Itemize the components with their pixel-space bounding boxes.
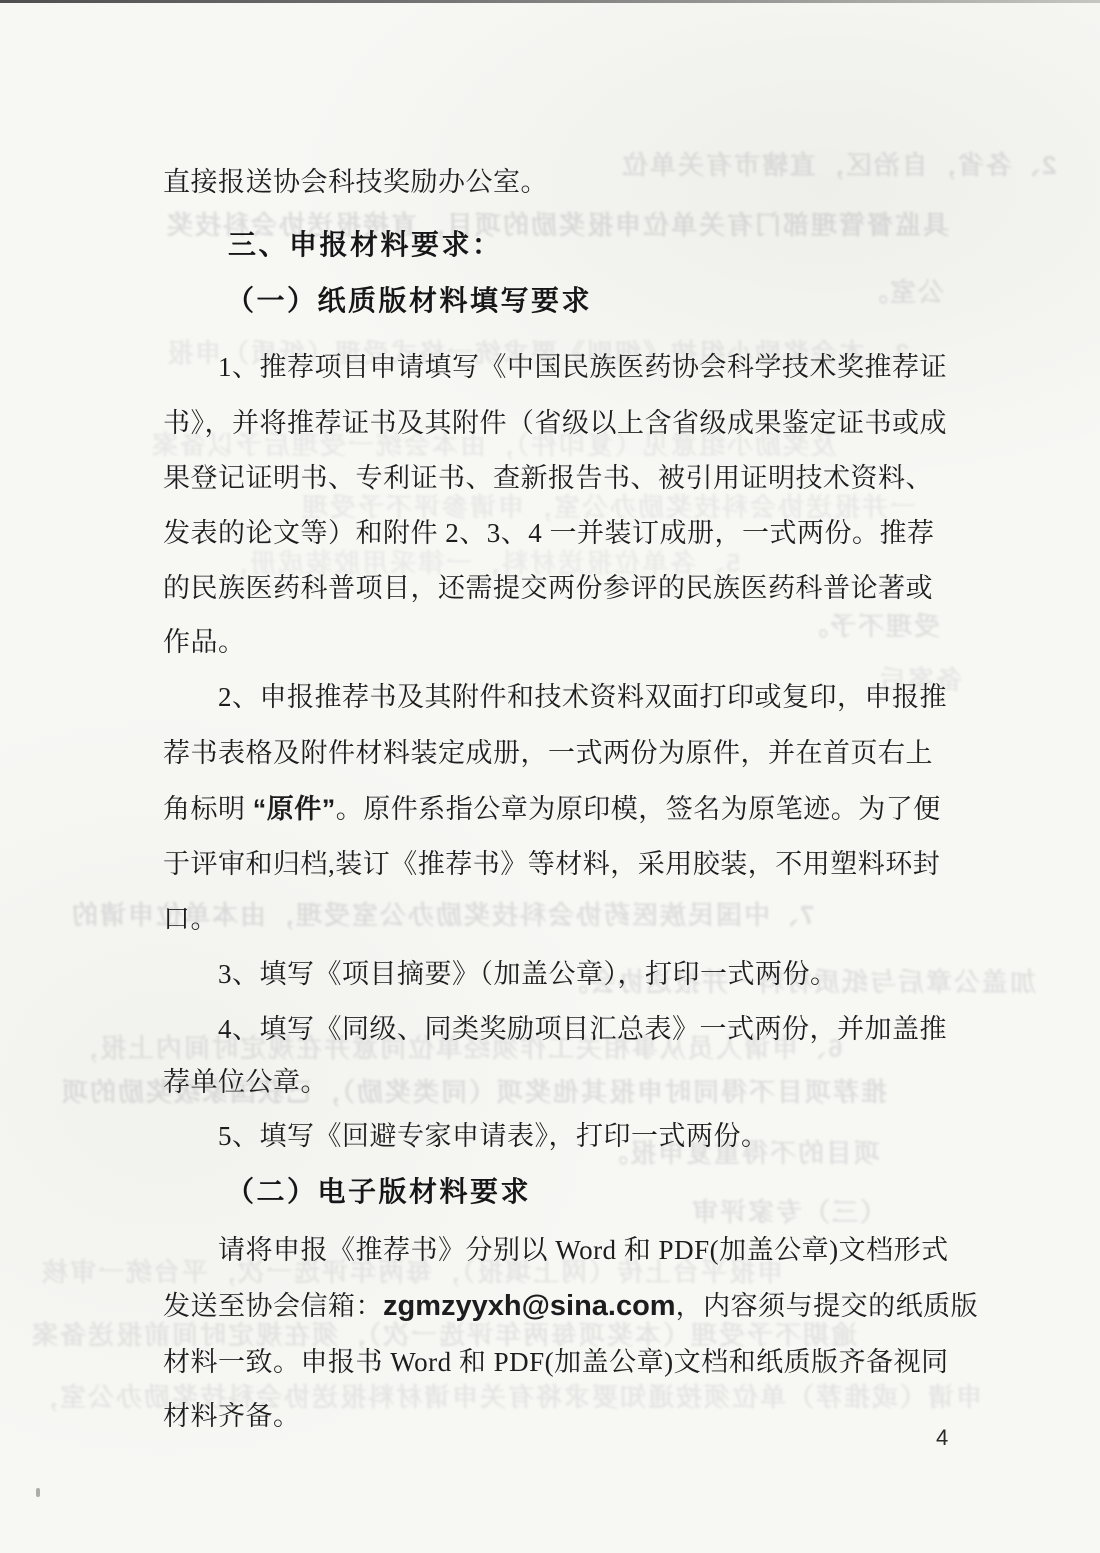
subsection-heading-paper: （一）纸质版材料填写要求 <box>226 279 592 319</box>
text-line: 书》，并将推荐证书及其附件（省级以上含省级成果鉴定证书或成 <box>163 401 947 440</box>
ghost-line: （三）专家评审 <box>690 1192 886 1229</box>
text-line: 于评审和归档,装订《推荐书》等材料，采用胶装，不用塑料环封 <box>163 842 940 881</box>
text-line: 发送至协会信箱：zgmzyyxh@sina.com，内容须与提交的纸质版 <box>163 1284 978 1323</box>
text-line: 果登记证明书、专利证书、查新报告书、被引用证明技术资料、 <box>163 456 933 495</box>
emphasized-original-label: “原件” <box>253 794 336 824</box>
text-line: 角标明 “原件”。原件系指公章为原印模，签名为原笔迹。为了便 <box>163 787 941 826</box>
text-segment: ，内容须与提交的纸质版 <box>676 1291 979 1321</box>
text-line: 口。 <box>163 897 218 936</box>
ghost-line: 2、各省，自治区，直辖市有关单位 <box>620 145 1056 182</box>
page-number: 4 <box>936 1425 948 1451</box>
text-line: 发表的论文等）和附件 2、3、4 一并装订成册，一式两份。推荐 <box>163 511 935 550</box>
text-segment: 角标明 <box>163 794 253 824</box>
scan-speck <box>36 1488 40 1497</box>
scan-edge-artifact <box>0 0 1100 3</box>
text-line: 请将申报《推荐书》分别以 Word 和 PDF(加盖公章)文档形式 <box>218 1228 949 1267</box>
text-line: 荐单位公章。 <box>163 1060 328 1099</box>
subsection-heading-electronic: （二）电子版材料要求 <box>226 1170 531 1210</box>
text-line: 3、填写《项目摘要》（加盖公章），打印一式两份。 <box>218 952 838 991</box>
association-email-address: zgmzyyxh@sina.com <box>383 1290 676 1322</box>
ghost-line: 受理不予。 <box>800 606 940 643</box>
section-heading: 三、申报材料要求： <box>228 223 503 263</box>
text-line: 材料一致。申报书 Word 和 PDF(加盖公章)文档和纸质版齐备视同 <box>163 1340 949 1379</box>
text-line: 2、申报推荐书及其附件和技术资料双面打印或复印，申报推 <box>218 675 947 714</box>
scanned-document-page: 2、各省，自治区，直辖市有关单位 具监督管理部门有关单位申报奖励的项目，直接报送… <box>0 0 1100 1553</box>
text-line: 的民族医药科普项目，还需提交两份参评的民族医药科普论著或 <box>163 566 933 605</box>
text-line: 4、填写《同级、同类奖励项目汇总表》一式两份，并加盖推 <box>218 1007 947 1046</box>
text-segment: 发送至协会信箱： <box>163 1291 383 1321</box>
ghost-line: 公室。 <box>860 272 944 309</box>
text-line: 荐书表格及附件材料装定成册，一式两份为原件，并在首页右上 <box>163 731 933 770</box>
text-line: 直接报送协会科技奖励办公室。 <box>163 160 548 199</box>
text-line: 作品。 <box>163 620 246 659</box>
text-line: 1、推荐项目申请填写《中国民族医药协会科学技术奖推荐证 <box>218 345 947 384</box>
text-line: 5、填写《回避专家申请表》，打印一式两份。 <box>218 1114 769 1153</box>
text-segment: 。原件系指公章为原印模，签名为原笔迹。为了便 <box>336 794 941 824</box>
text-line: 材料齐备。 <box>163 1394 301 1433</box>
